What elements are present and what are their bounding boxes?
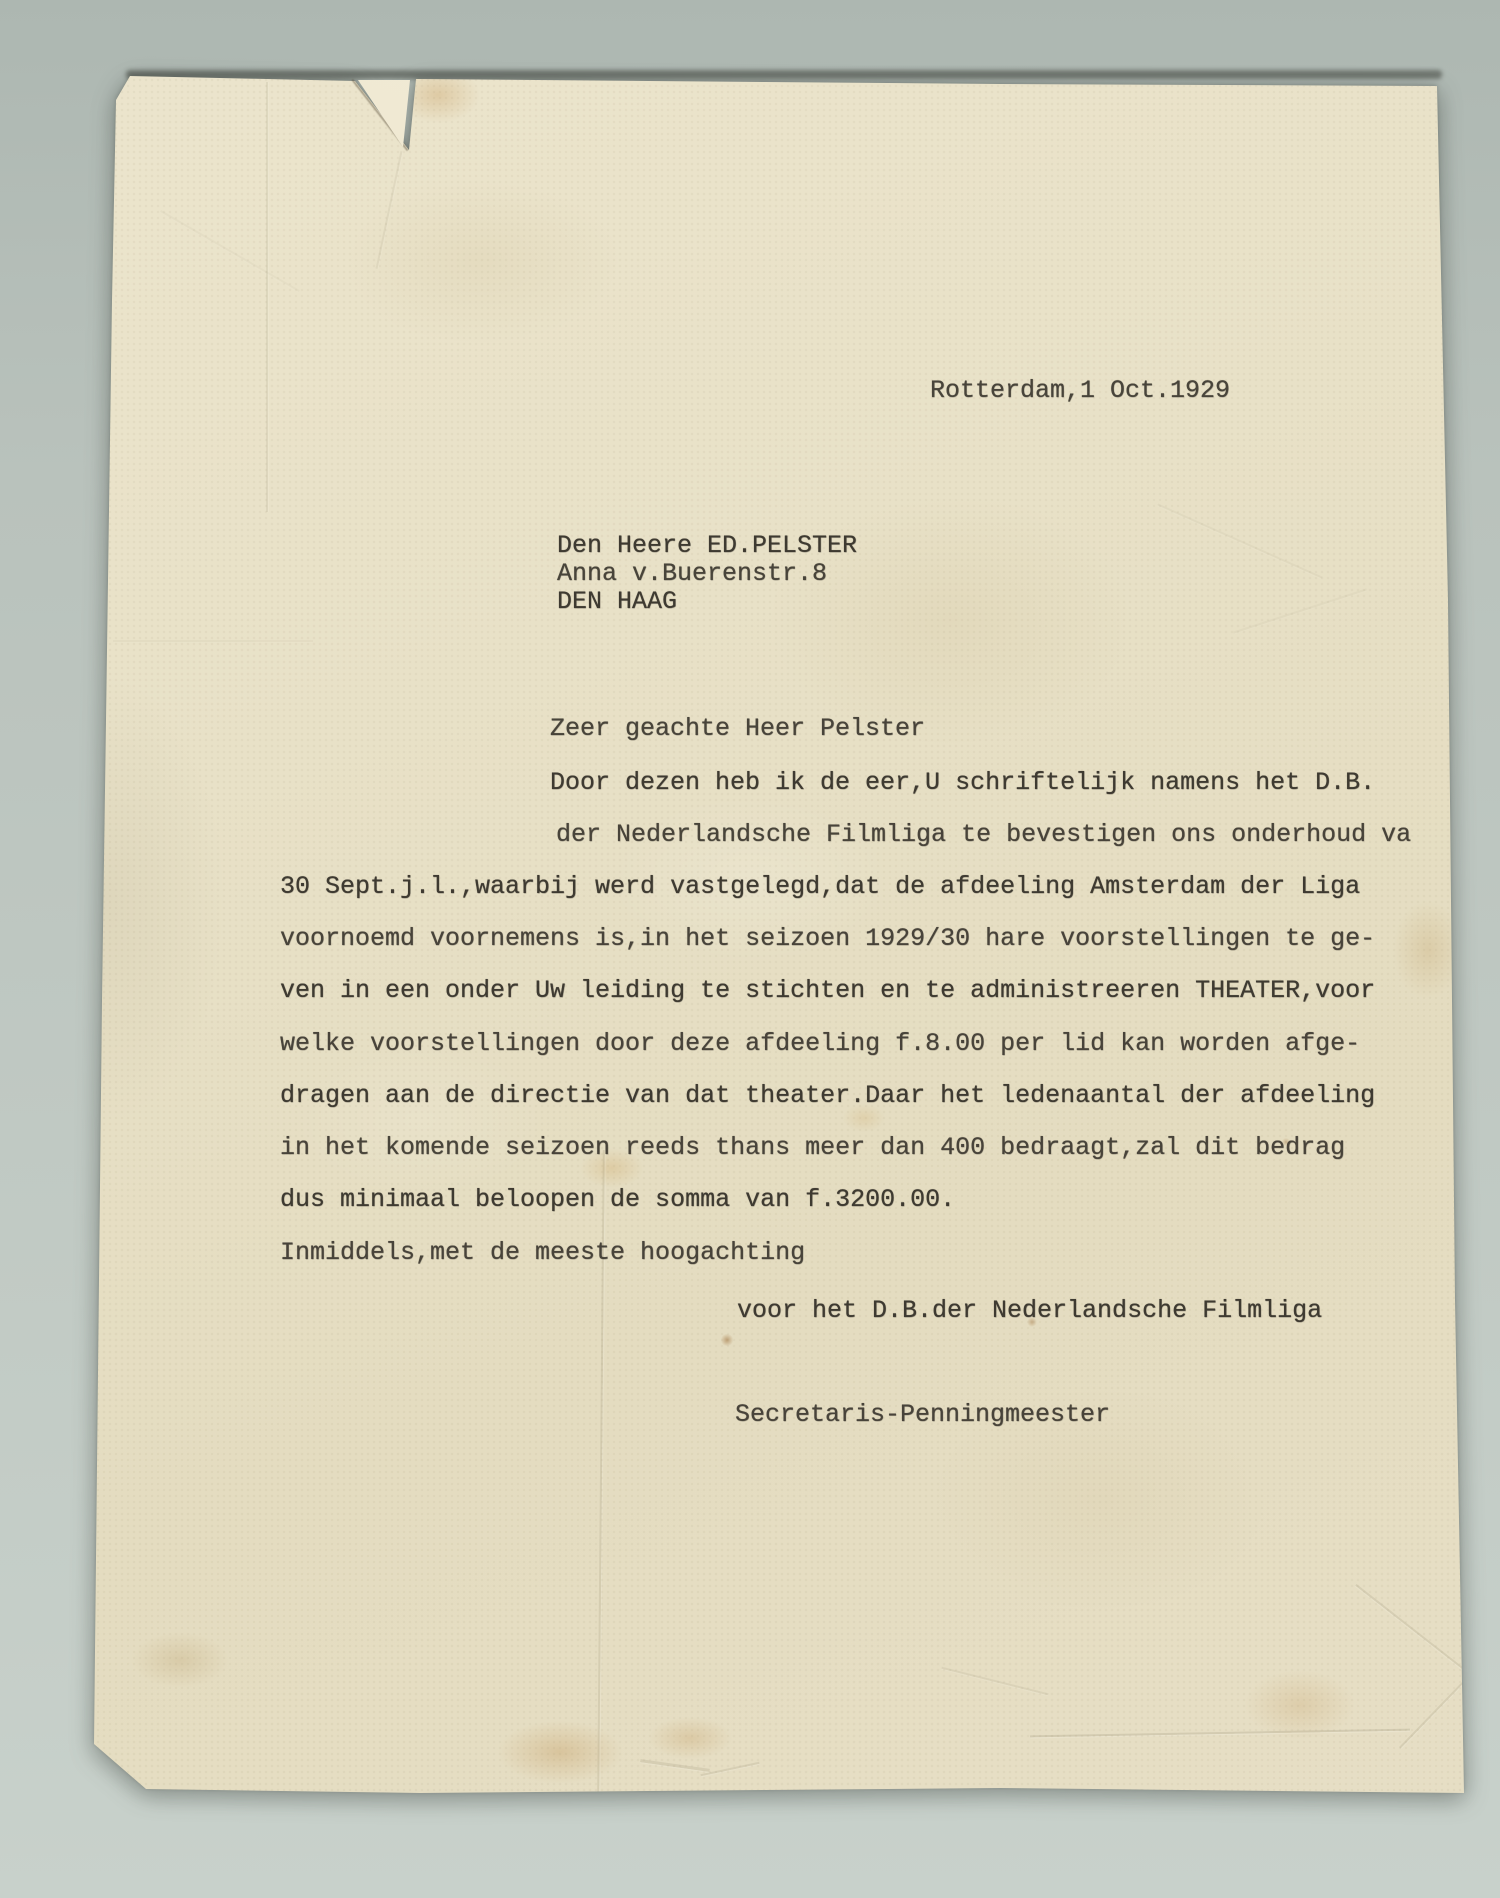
recipient-name-line: Den Heere ED.PELSTER xyxy=(557,533,857,558)
signature-org-line: voor het D.B.der Nederlandsche Filmliga xyxy=(737,1298,1322,1323)
recipient-city-line: DEN HAAG xyxy=(557,589,677,614)
body-line: in het komende seizoen reeds thans meer … xyxy=(280,1135,1345,1160)
salutation-line: Zeer geachte Heer Pelster xyxy=(550,716,925,741)
body-line: 30 Sept.j.l.,waarbij werd vastgelegd,dat… xyxy=(280,874,1360,899)
body-line: Inmiddels,met de meeste hoogachting xyxy=(280,1240,805,1265)
body-line: welke voorstellingen door deze afdeeling… xyxy=(280,1031,1360,1056)
date-line: Rotterdam,1 Oct.1929 xyxy=(930,378,1230,403)
letter-text: Rotterdam,1 Oct.1929 Den Heere ED.PELSTE… xyxy=(0,0,1500,1898)
body-line: ven in een onder Uw leiding te stichten … xyxy=(280,978,1375,1003)
recipient-street-line: Anna v.Buerenstr.8 xyxy=(557,561,827,586)
scanned-letter-scene: Rotterdam,1 Oct.1929 Den Heere ED.PELSTE… xyxy=(0,0,1500,1898)
body-line: Door dezen heb ik de eer,U schriftelijk … xyxy=(550,770,1375,795)
body-line: dragen aan de directie van dat theater.D… xyxy=(280,1083,1375,1108)
body-line: dus minimaal beloopen de somma van f.320… xyxy=(280,1187,955,1212)
body-line: voornoemd voornemens is,in het seizoen 1… xyxy=(280,926,1375,951)
signature-role-line: Secretaris-Penningmeester xyxy=(735,1402,1110,1427)
body-line: der Nederlandsche Filmliga te bevestigen… xyxy=(556,822,1411,847)
